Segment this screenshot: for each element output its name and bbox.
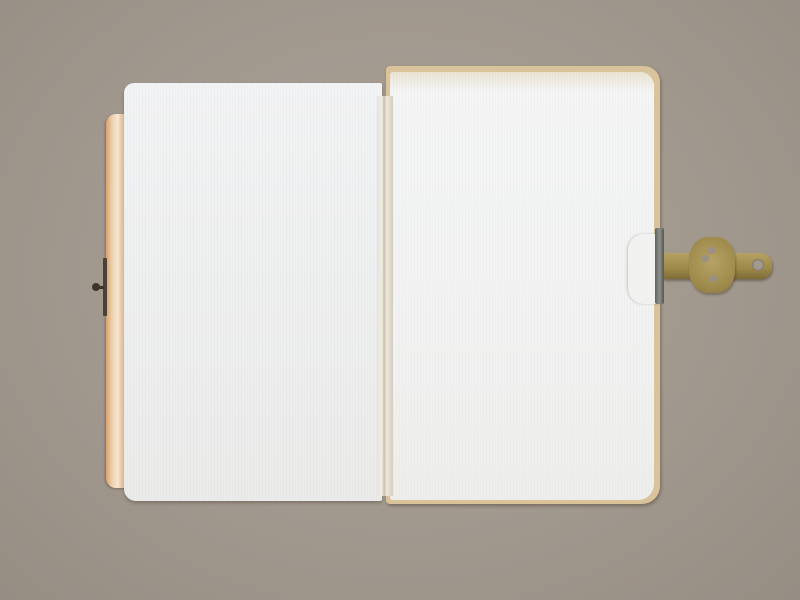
- book-gutter: [377, 96, 393, 496]
- left-blank-page: [124, 83, 382, 501]
- right-blank-page: [390, 72, 654, 500]
- clasp-hinge: [655, 228, 664, 304]
- ornament-hole: [709, 275, 717, 282]
- ornament-hole: [707, 247, 715, 254]
- ornament-hole: [701, 255, 709, 262]
- brass-clasp-ornament: [689, 237, 735, 293]
- clasp-catch-pin: [92, 283, 100, 291]
- clasp-hole: [752, 259, 764, 271]
